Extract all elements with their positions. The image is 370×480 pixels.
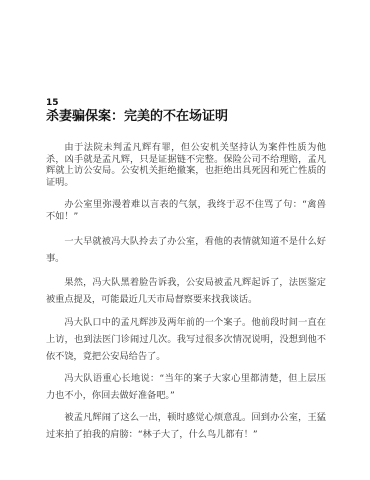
paragraph: 果然，冯大队黑着脸告诉我，公安局被孟凡辉起诉了，法医鉴定被重点提及，可能最近几天… [46, 274, 326, 308]
paragraph: 被孟凡辉闹了这么一出，顿时感觉心烦意乱。回到办公室，王猛过来拍了拍我的肩膀：“林… [46, 409, 326, 443]
chapter-title: 杀妻骗保案：完美的不在场证明 [46, 109, 326, 124]
paragraph: 冯大队口中的孟凡辉涉及两年前的一个案子。他前段时间一直在上访，也到法医门诊闹过几… [46, 314, 326, 365]
paragraph: 办公室里弥漫着难以言表的气氛，我终于忍不住骂了句：“禽兽不如！” [46, 199, 326, 222]
chapter-body: 由于法院未判孟凡辉有罪，但公安机关坚持认为案件性质为他杀，凶手就是孟凡辉，只是证… [46, 142, 326, 443]
paragraph: 冯大队语重心长地说：“当年的案子大家心里都清楚，但上层压力也不小，你回去做好准备… [46, 370, 326, 404]
chapter-number: 15 [46, 99, 326, 108]
paragraph: 一大早就被冯大队拎去了办公室，看他的表情就知道不是什么好事。 [46, 233, 326, 267]
book-page: 15 杀妻骗保案：完美的不在场证明 由于法院未判孟凡辉有罪，但公安机关坚持认为案… [46, 99, 326, 443]
paragraph: 由于法院未判孟凡辉有罪，但公安机关坚持认为案件性质为他杀，凶手就是孟凡辉，只是证… [46, 142, 326, 188]
